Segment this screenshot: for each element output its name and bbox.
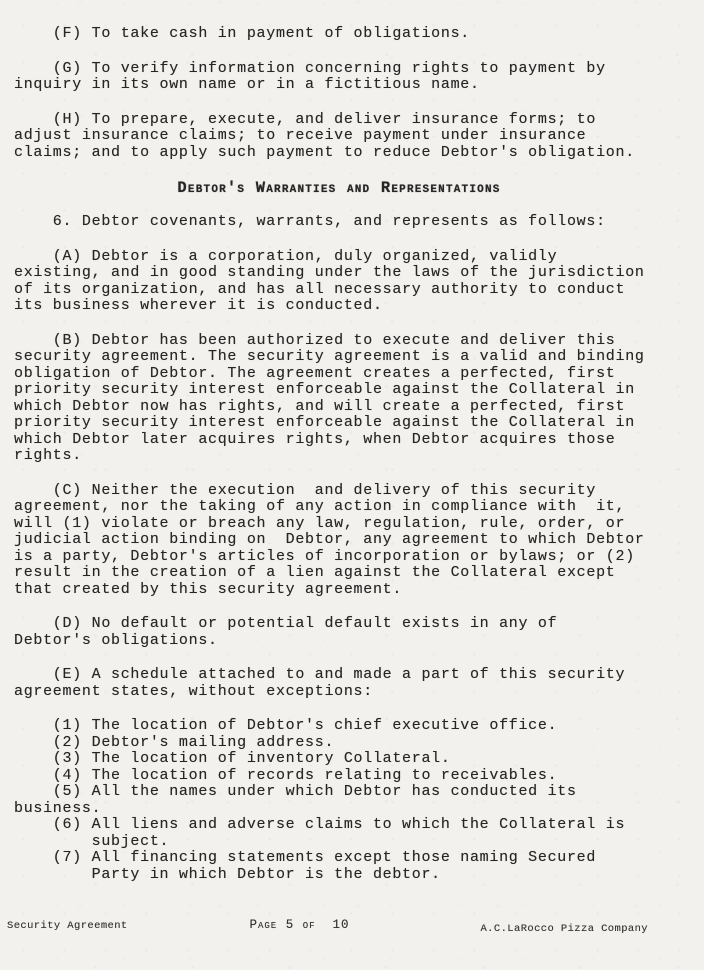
schedule-item-3: (3) The location of inventory Collateral… [14,751,694,768]
schedule-item-4: (4) The location of records relating to … [14,768,694,785]
clause-a-paragraph: (A) Debtor is a corporation, duly organi… [14,249,694,315]
schedule-item-7: (7) All financing statements except thos… [14,850,694,883]
clause-h-paragraph: (H) To prepare, execute, and deliver ins… [14,112,694,162]
schedule-list: (1) The location of Debtor's chief execu… [14,718,694,883]
footer-document-title: Security Agreement [7,920,278,932]
footer-company-name: A.C.LaRocco Pizza Company [378,923,649,935]
page-footer: Security Agreement Page 5 of 10 A.C.LaRo… [7,918,648,932]
clause-f-paragraph: (F) To take cash in payment of obligatio… [14,26,694,43]
schedule-item-2: (2) Debtor's mailing address. [14,735,694,752]
item-6-paragraph: 6. Debtor covenants, warrants, and repre… [14,214,694,231]
schedule-item-5: (5) All the names under which Debtor has… [14,784,694,817]
clause-g-paragraph: (G) To verify information concerning rig… [14,61,694,94]
clause-b-paragraph: (B) Debtor has been authorized to execut… [14,333,694,465]
clause-d-paragraph: (D) No default or potential default exis… [14,616,694,649]
clause-c-paragraph: (C) Neither the execution and delivery o… [14,483,694,599]
schedule-item-6: (6) All liens and adverse claims to whic… [14,817,694,850]
footer-page-number: Page 5 of 10 [250,918,350,932]
document-body: (F) To take cash in payment of obligatio… [14,26,694,883]
clause-e-paragraph: (E) A schedule attached to and made a pa… [14,667,694,700]
document-page: (F) To take cash in payment of obligatio… [0,0,704,970]
section-heading: Debtor's Warranties and Representations [14,179,664,197]
schedule-item-1: (1) The location of Debtor's chief execu… [14,718,694,735]
